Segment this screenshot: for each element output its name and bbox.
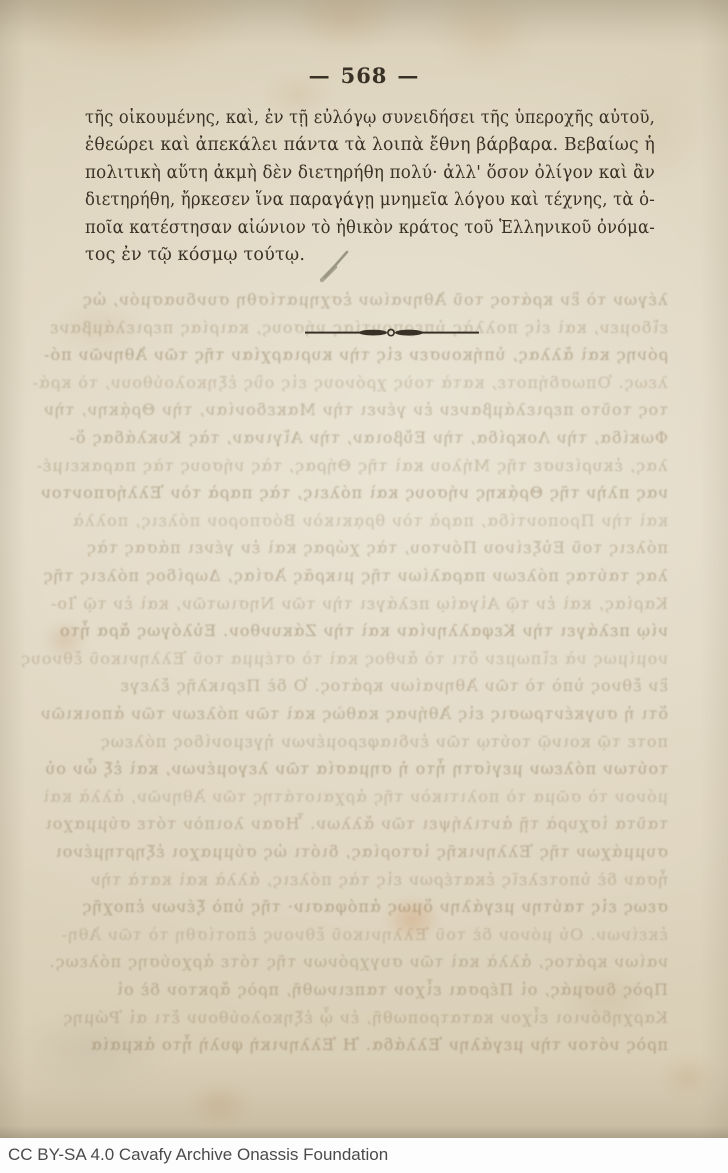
foxing-stain [55, 300, 145, 356]
text-line: διετηρήθη, ἤρκεσεν ἵνα παραγάγῃ μνημεῖα … [85, 187, 657, 214]
foxing-stain [42, 620, 88, 660]
page-number: 568 [341, 63, 388, 88]
header-rule-left: — [299, 63, 341, 88]
bleedthrough-line: ποτε τῷ κοινῷ τούτῳ τῶν ἐνδιαφερομένων ἡ… [72, 730, 668, 754]
bleedthrough-line: ἐκείνων. Οὐ μόνον δὲ τοῦ Ἑλληνικοῦ ἔθνου… [72, 923, 668, 947]
scanned-book-page: λέγων τὸ ἓν κράτος τοῦ Ἀθηναίων ἐσχηματί… [0, 0, 728, 1173]
bleedthrough-line: νομίμως νὰ εἴπωμεν ὅτι τὸ ἄνθος καὶ τὸ σ… [72, 647, 668, 671]
bleedthrough-line: Φωκίδα, τὴν Λοκρίδα, τὴν Εὔβοιαν, τὴν Αἴ… [72, 426, 668, 450]
bleedthrough-line: ἦσαν δὲ ὑποτελεῖς ἑκατέρων εἰς τὰς πόλει… [72, 868, 668, 892]
bleedthrough-line: νίῳ πελάγει τὴν Κεφαλληνίαν καὶ τὴν Ζάκυ… [72, 619, 668, 643]
ornamental-divider [303, 327, 481, 339]
bleedthrough-line: πρὸς νότον τὴν μεγάλην Ἑλλάδα. Ἡ Ἑλληνικ… [72, 1033, 668, 1057]
foxing-stain [20, 0, 250, 70]
bleedthrough-line: ναίων κράτος, ἀλλὰ καὶ τῶν συγχρόνων τῆς… [72, 950, 668, 974]
bleedthrough-line: πόλεις τοῦ Εὐξείνου Πόντου, τὰς χώρας κα… [72, 536, 668, 560]
bleedthrough-line: ὅτι ἡ συγκέντρωσις εἰς Ἀθήνας καθὼς καὶ … [72, 702, 668, 726]
bleedthrough-line: μόνον τὸ σῶμα τὸ πολιτικὸν τῆς ἀρχαιοτάτ… [72, 785, 668, 809]
paper-bottom-edge-shadow [0, 1126, 728, 1138]
foxing-stain [188, 1082, 252, 1128]
bleedthrough-line: τος τοῦτο περιελάμβανεν ἐν γένει τὴν Μακ… [72, 398, 668, 422]
text-line: ποῖα κατέστησαν αἰώνιον τὸ ἠθικὸν κράτος… [85, 215, 657, 242]
foxing-stain [660, 1055, 716, 1099]
text-line: ἐθεώρει καὶ ἀπεκάλει πάντα τὰ λοιπὰ ἔθνη… [85, 132, 657, 159]
bleedthrough-line: ταῦτα ἰσχυρὰ τῇ ἀντιλήψει τῶν ἄλλων. Ἦσα… [72, 812, 668, 836]
bleedthrough-line: συμμάχων τῆς Ἑλληνικῆς ἱστορίας, διότι ὡ… [72, 840, 668, 864]
foxing-stain [430, 0, 540, 72]
bleedthrough-line: Πρὸς δυσμάς, οἱ Πέρσαι εἶχον ταπεινωθῆ, … [72, 978, 668, 1002]
bleedthrough-line: λας, ἐκυρίευσε τῆς Μήλου καὶ τῆς Θήρας, … [72, 454, 668, 478]
bleedthrough-line: σεως εἰς ταύτην μεγάλην ὅμως ἀπόφασιν· τ… [72, 895, 668, 919]
bleedthrough-line: καὶ τὴν Προποντίδα, παρὰ τὸν θρᾳκικὸν Βό… [72, 509, 668, 533]
text-line: τῆς οἰκουμένης, καὶ, ἐν τῇ εὐλόγῳ συνειδ… [85, 105, 657, 132]
foxing-stain [290, 0, 400, 52]
bleedthrough-line: Καρίας, καὶ ἐν τῷ Αἰγαίῳ πελάγει τὴν τῶν… [72, 592, 668, 616]
text-line: τος ἐν τῷ κόσμῳ τούτῳ. [85, 242, 657, 269]
page-number-header: —568— [0, 63, 728, 88]
pencil-checkmark-annotation [318, 246, 358, 286]
license-bar: CC BY-SA 4.0 Cavafy Archive Onassis Foun… [0, 1138, 728, 1173]
bleedthrough-line: ρόνης καὶ ἄλλας, ὑπήκουσεν εἰς τὴν κυρια… [72, 343, 668, 367]
bleedthrough-line: λέγων τὸ ἓν κράτος τοῦ Ἀθηναίων ἐσχηματί… [72, 288, 668, 312]
text-line: πολιτικὴ αὕτη ἀκμὴ δὲν διετηρήθη πολύ· ἀ… [85, 160, 657, 187]
paper-background: λέγων τὸ ἓν κράτος τοῦ Ἀθηναίων ἐσχηματί… [0, 0, 728, 1138]
foxing-stain [384, 896, 440, 942]
bleedthrough-line: λεως. Ὁπωσδήποτε, κατὰ τοὺς χρόνους εἰς … [72, 371, 668, 395]
bleedthrough-line: Καρχηδόνιοι εἶχον κατατροπωθῆ, ἐν ᾧ ἐξηκ… [72, 1006, 668, 1030]
foxing-stain [560, 968, 650, 1026]
bleedthrough-line: νας πλὴν τῆς Θρᾴκης νήσους καὶ πόλεις, τ… [72, 481, 668, 505]
bleedthrough-line: τούτων πόλεων μεγίστη ἦτο ἡ σημασία τῶν … [72, 757, 668, 781]
bleedthrough-line: λας ταύτας πόλεων παραλίων τῆς μικρᾶς Ἀσ… [72, 564, 668, 588]
body-text-paragraph: τῆς οἰκουμένης, καὶ, ἐν τῇ εὐλόγῳ συνειδ… [85, 105, 657, 269]
bleedthrough-line: ἓν ἔθνος ὑπὸ τὸ τῶν Ἀθηναίων κράτος. Ὁ δ… [72, 674, 668, 698]
header-rule-right: — [387, 63, 429, 88]
license-text: CC BY-SA 4.0 Cavafy Archive Onassis Foun… [0, 1138, 388, 1172]
paper-smudge [10, 1010, 170, 1090]
